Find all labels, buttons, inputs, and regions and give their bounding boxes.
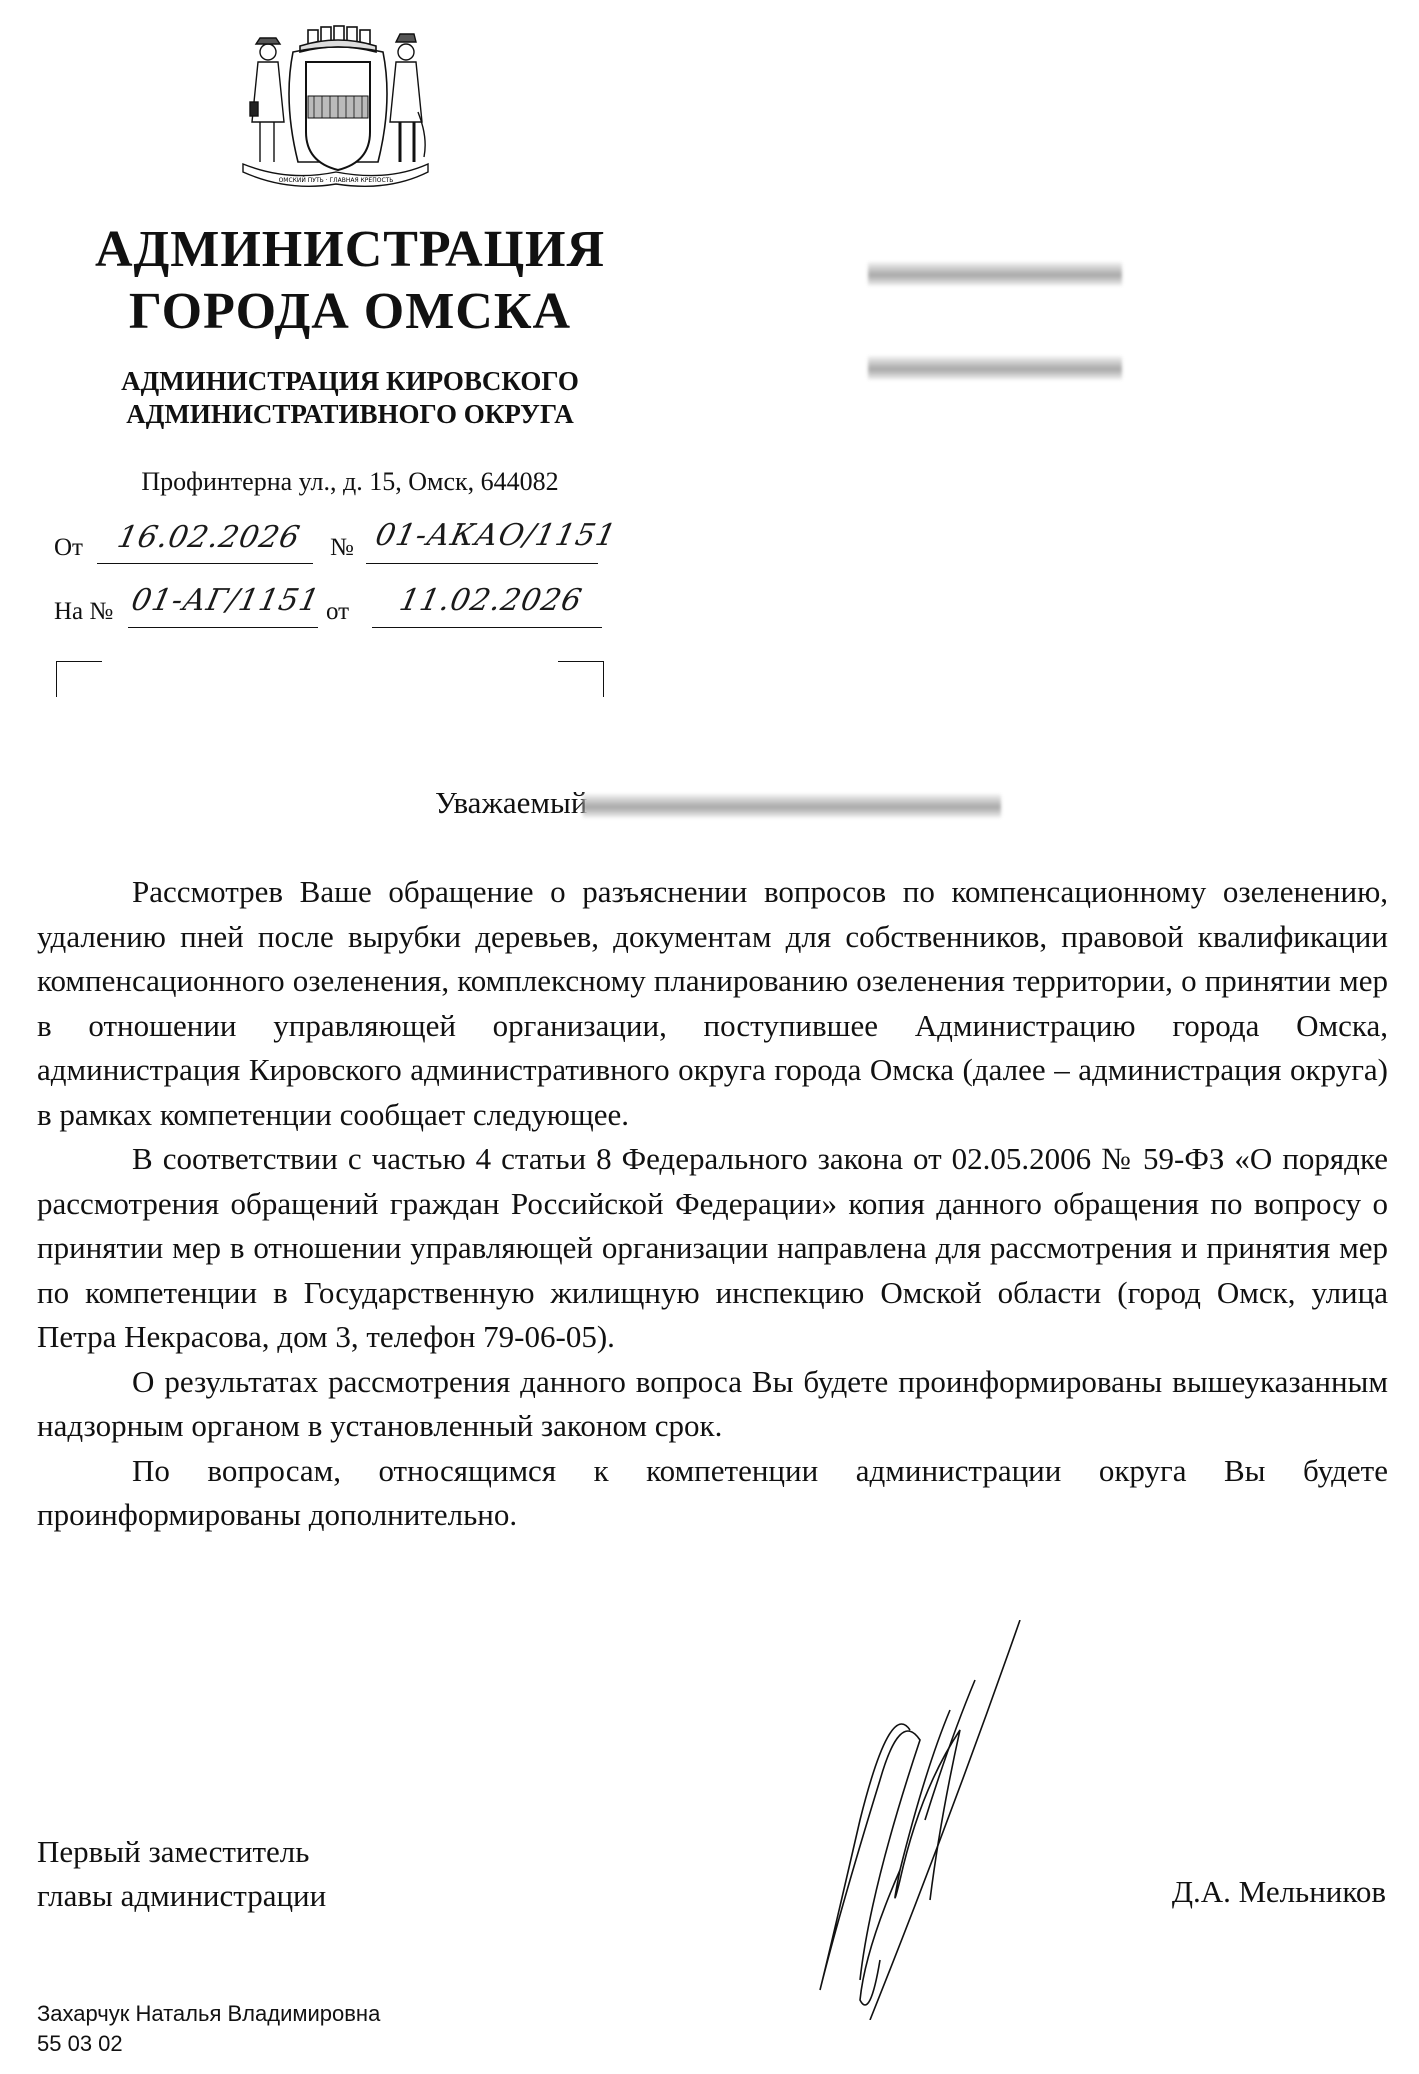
svg-text:ОМСКИЙ ПУТЬ · ГЛАВНАЯ КРЕПОСТЬ: ОМСКИЙ ПУТЬ · ГЛАВНАЯ КРЕПОСТЬ xyxy=(279,177,394,184)
org-address: Профинтерна ул., д. 15, Омск, 644082 xyxy=(30,467,670,497)
reply-to-label: На № xyxy=(54,598,113,626)
number-field-underline xyxy=(366,563,598,564)
number-label: № xyxy=(330,534,354,562)
signer-position: Первый заместитель главы администрации xyxy=(37,1830,326,1918)
addressee-name-redacted xyxy=(583,794,1001,818)
signer-position-line2: главы администрации xyxy=(37,1874,326,1918)
reply-date: 11.02.2026 xyxy=(396,583,585,618)
org-title-line1: АДМИНИСТРАЦИЯ xyxy=(30,220,670,280)
executor-phone: 55 03 02 xyxy=(37,2029,380,2059)
reply-to-number: 01-АГ/1151 xyxy=(128,583,323,618)
suborg-title-line1: АДМИНИСТРАЦИЯ КИРОВСКОГО xyxy=(30,365,670,397)
suborg-title-line2: АДМИНИСТРАТИВНОГО ОКРУГА xyxy=(30,398,670,430)
address-corner-right xyxy=(558,661,604,697)
body-paragraph: По вопросам, относящимся к компетенции а… xyxy=(37,1449,1388,1538)
letter-body: Рассмотрев Ваше обращение о разъяснении … xyxy=(37,870,1388,1538)
executor-info: Захарчук Наталья Владимировна 55 03 02 xyxy=(37,1999,380,2059)
from-label: От xyxy=(54,534,83,562)
salutation: Уважаемый xyxy=(435,785,587,821)
signer-name: Д.А. Мельников xyxy=(1172,1874,1386,1910)
omsk-coat-of-arms-icon: ОМСКИЙ ПУТЬ · ГЛАВНАЯ КРЕПОСТЬ xyxy=(228,22,443,192)
org-title-line2: ГОРОДА ОМСКА xyxy=(30,282,670,342)
executor-name: Захарчук Наталья Владимировна xyxy=(37,1999,380,2029)
handwritten-signature-icon xyxy=(750,1620,1050,2020)
body-paragraph: О результатах рассмотрения данного вопро… xyxy=(37,1360,1388,1449)
outgoing-date: 16.02.2026 xyxy=(114,520,303,555)
reply-from-label: от xyxy=(326,598,349,626)
addressee-line1-redacted xyxy=(868,262,1122,286)
address-corner-left xyxy=(56,661,102,697)
addressee-line2-redacted xyxy=(868,356,1122,380)
outgoing-number: 01-АКАО/1151 xyxy=(372,518,619,553)
reply-number-underline xyxy=(128,627,318,628)
reply-date-underline xyxy=(372,627,602,628)
date-field-underline xyxy=(97,563,313,564)
body-paragraph: В соответствии с частью 4 статьи 8 Федер… xyxy=(37,1137,1388,1360)
signer-position-line1: Первый заместитель xyxy=(37,1830,326,1874)
body-paragraph: Рассмотрев Ваше обращение о разъяснении … xyxy=(37,870,1388,1137)
